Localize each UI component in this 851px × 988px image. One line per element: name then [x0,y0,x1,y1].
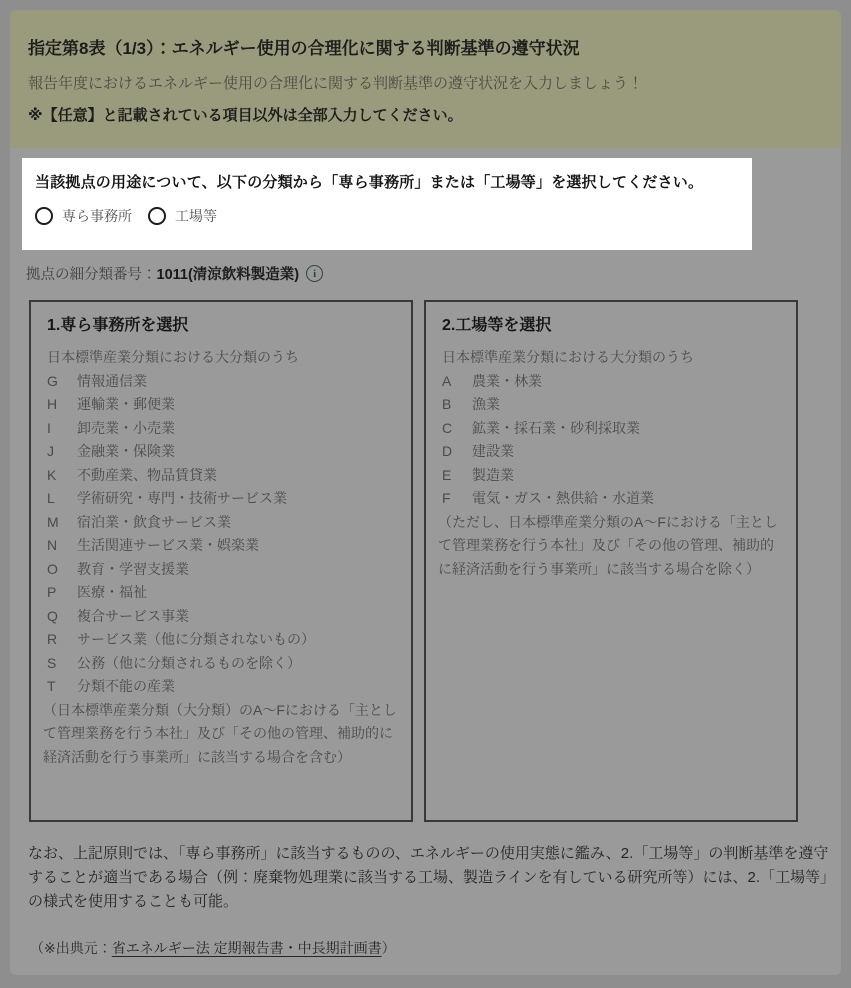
industry-letter: M [47,511,77,535]
industry-row: H 運輸業・郵便業 [47,393,397,417]
industry-name: 卸売業・小売業 [77,417,397,441]
industry-row: T 分類不能の産業 [47,675,397,699]
factory-box-note: （ただし、日本標準産業分類のA～Fにおける「主として管理業務を行う本社」及び「そ… [438,511,782,582]
industry-row: F 電気・ガス・熱供給・水道業 [442,487,782,511]
required-note: ※【任意】と記載されている項目以外は全部入力してください。 [28,105,811,126]
industry-row: N 生活関連サービス業・娯楽業 [47,534,397,558]
industry-letter: B [442,393,472,417]
industry-name: 分類不能の産業 [77,675,397,699]
factory-industry-list: A 農業・林業 B 漁業 C 鉱業・採石業・砂利採取業 D 建設業 E 製造業 [442,370,782,511]
industry-name: 農業・林業 [472,370,782,394]
radio-option-office-label: 専ら事務所 [62,206,132,226]
industry-letter: O [47,558,77,582]
industry-row: I 卸売業・小売業 [47,417,397,441]
industry-letter: Q [47,605,77,629]
industry-name: 教育・学習支援業 [77,558,397,582]
card-header: 指定第8表（1/3）：エネルギー使用の合理化に関する判断基準の遵守状況 報告年度… [10,10,841,148]
industry-row: A 農業・林業 [442,370,782,394]
industry-row: J 金融業・保険業 [47,440,397,464]
industry-letter: L [47,487,77,511]
industry-name: 運輸業・郵便業 [77,393,397,417]
page-subtitle: 報告年度におけるエネルギー使用の合理化に関する判断基準の遵守状況を入力しましょう… [28,73,811,94]
source-line: （※出典元：省エネルギー法 定期報告書・中長期計画書） [30,938,841,958]
industry-row: D 建設業 [442,440,782,464]
source-link[interactable]: 省エネルギー法 定期報告書・中長期計画書 [112,940,382,956]
radio-option-office[interactable]: 専ら事務所 [35,206,132,226]
facility-code-line: 拠点の細分類番号： 1011(清涼飲料製造業) i [26,263,841,284]
industry-row: K 不動産業、物品賃貸業 [47,464,397,488]
industry-letter: E [442,464,472,488]
industry-name: 医療・福祉 [77,581,397,605]
industry-row: E 製造業 [442,464,782,488]
usage-prompt: 当該拠点の用途について、以下の分類から「専ら事務所」または「工場等」を選択してく… [35,174,738,192]
facility-code-label: 拠点の細分類番号： [26,263,157,284]
factory-selection-box: 2.工場等を選択 日本標準産業分類における大分類のうち A 農業・林業 B 漁業… [424,300,798,822]
industry-name: 複合サービス事業 [77,605,397,629]
industry-name: 学術研究・専門・技術サービス業 [77,487,397,511]
industry-letter: F [442,487,472,511]
industry-row: B 漁業 [442,393,782,417]
industry-row: O 教育・学習支援業 [47,558,397,582]
page-title: 指定第8表（1/3）：エネルギー使用の合理化に関する判断基準の遵守状況 [28,37,811,61]
industry-name: 金融業・保険業 [77,440,397,464]
industry-name: 不動産業、物品賃貸業 [77,464,397,488]
industry-letter: J [47,440,77,464]
industry-letter: T [47,675,77,699]
radio-option-factory[interactable]: 工場等 [148,206,217,226]
industry-name: 生活関連サービス業・娯楽業 [77,534,397,558]
industry-letter: R [47,628,77,652]
industry-letter: G [47,370,77,394]
industry-name: 鉱業・採石業・砂利採取業 [472,417,782,441]
industry-name: 建設業 [472,440,782,464]
industry-letter: D [442,440,472,464]
factory-box-heading: 2.工場等を選択 [442,314,782,338]
industry-letter: I [47,417,77,441]
classification-boxes: 1.専ら事務所を選択 日本標準産業分類における大分類のうち G 情報通信業 H … [29,300,841,822]
office-industry-list: G 情報通信業 H 運輸業・郵便業 I 卸売業・小売業 J 金融業・保険業 K … [47,370,397,699]
source-suffix: ） [382,940,396,956]
office-box-heading: 1.専ら事務所を選択 [47,314,397,338]
industry-letter: H [47,393,77,417]
industry-letter: S [47,652,77,676]
industry-letter: N [47,534,77,558]
spotlight-panel: 当該拠点の用途について、以下の分類から「専ら事務所」または「工場等」を選択してく… [22,158,752,250]
page: { "header": { "title": "指定第8表（1/3）：エネルギー… [0,0,851,988]
facility-code-value: 1011(清涼飲料製造業) [157,263,300,284]
radio-circle-icon[interactable] [148,207,166,225]
industry-name: 電気・ガス・熱供給・水道業 [472,487,782,511]
report-card: 指定第8表（1/3）：エネルギー使用の合理化に関する判断基準の遵守状況 報告年度… [10,10,841,975]
industry-row: P 医療・福祉 [47,581,397,605]
industry-row: R サービス業（他に分類されないもの） [47,628,397,652]
office-box-intro: 日本標準産業分類における大分類のうち [47,346,397,370]
industry-row: M 宿泊業・飲食サービス業 [47,511,397,535]
industry-letter: A [442,370,472,394]
industry-row: G 情報通信業 [47,370,397,394]
card-body: 当該拠点の用途について、以下の分類から「専ら事務所」または「工場等」を選択してく… [10,148,841,958]
industry-row: C 鉱業・採石業・砂利採取業 [442,417,782,441]
industry-row: L 学術研究・専門・技術サービス業 [47,487,397,511]
source-prefix: （※出典元： [30,940,112,956]
industry-name: サービス業（他に分類されないもの） [77,628,397,652]
industry-letter: P [47,581,77,605]
footer-note-paragraph: なお、上記原則では、「専ら事務所」に該当するものの、エネルギーの使用実態に鑑み、… [28,842,830,914]
industry-name: 製造業 [472,464,782,488]
radio-option-factory-label: 工場等 [175,206,217,226]
industry-row: Q 複合サービス事業 [47,605,397,629]
usage-radio-group: 専ら事務所 工場等 [35,206,738,226]
factory-box-intro: 日本標準産業分類における大分類のうち [442,346,782,370]
info-icon[interactable]: i [306,265,323,282]
radio-circle-icon[interactable] [35,207,53,225]
industry-name: 情報通信業 [77,370,397,394]
industry-row: S 公務（他に分類されるものを除く） [47,652,397,676]
industry-name: 漁業 [472,393,782,417]
industry-name: 公務（他に分類されるものを除く） [77,652,397,676]
industry-letter: C [442,417,472,441]
industry-letter: K [47,464,77,488]
office-box-note: （日本標準産業分類（大分類）のA～Fにおける「主として管理業務を行う本社」及び「… [43,699,397,770]
office-selection-box: 1.専ら事務所を選択 日本標準産業分類における大分類のうち G 情報通信業 H … [29,300,413,822]
industry-name: 宿泊業・飲食サービス業 [77,511,397,535]
